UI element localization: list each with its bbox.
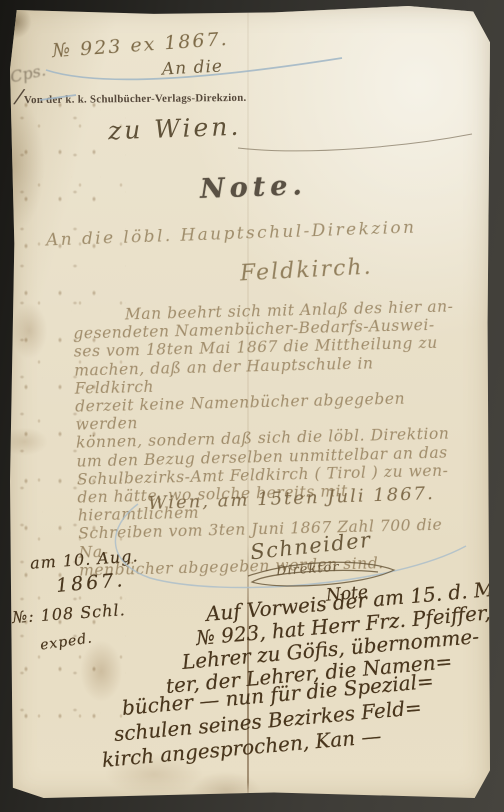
recipient-place: Feldkirch.: [239, 255, 373, 287]
paper: № 923 ex 1867. An die Cps. / Von der k. …: [10, 6, 490, 798]
sender-place: zu Wien.: [108, 112, 242, 146]
recipient-line: An die löbl. Hauptschul-Direkzion: [46, 218, 417, 251]
margin-note-pencil: Cps.: [8, 60, 47, 86]
registry-received-year: 1867.: [55, 569, 126, 597]
registry-dispatch-note: exped.: [39, 630, 94, 653]
body-text: Man beehrt sich mit Anlaß des hier an- g…: [73, 297, 462, 579]
sender-stamp: Von der k. k. Schulbücher-Verlags-Direkz…: [24, 92, 247, 106]
note-heading: Note.: [199, 170, 307, 205]
registry-file-number: №: 108 Schl.: [11, 600, 126, 627]
stamp-slash-mark: /: [14, 84, 24, 109]
signature-title: Direktor: [276, 560, 341, 579]
address-intro: An die: [162, 56, 224, 79]
document-scan: № 923 ex 1867. An die Cps. / Von der k. …: [0, 0, 504, 812]
pen-flourish-sender: [238, 134, 472, 151]
